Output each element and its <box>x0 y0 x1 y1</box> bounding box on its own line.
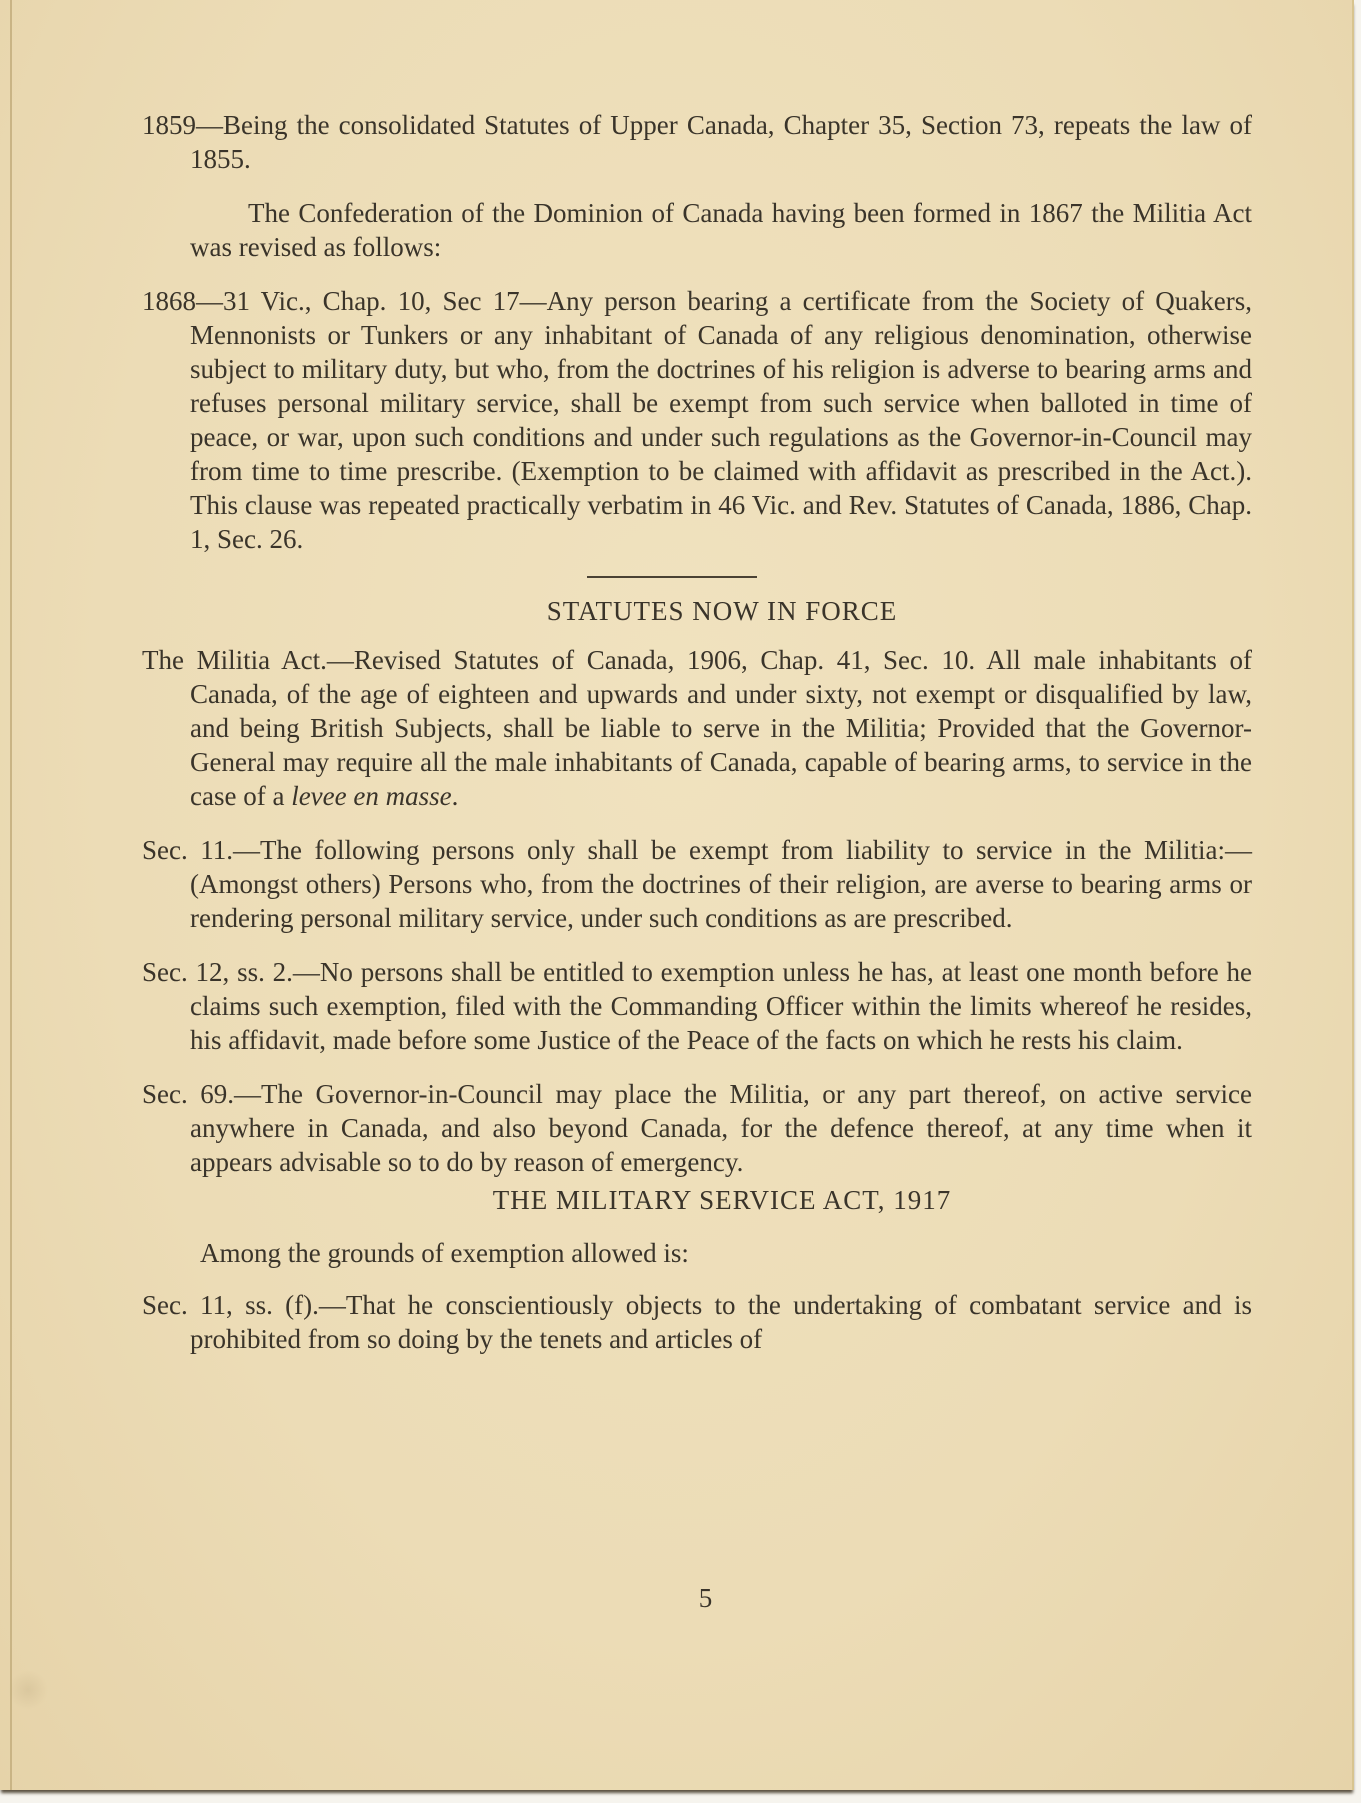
entry-end: . <box>452 781 459 811</box>
entry-label: 1859— <box>142 110 223 140</box>
entry-text: That he conscientiously objects to the u… <box>190 1290 1252 1354</box>
confederation-paragraph: The Confederation of the Dominion of Can… <box>142 196 1252 264</box>
entry-label: Sec. 12, ss. 2.— <box>142 957 320 987</box>
entry-1859: 1859—Being the consolidated Statutes of … <box>142 108 1252 176</box>
entry-1868: 1868—31 Vic., Chap. 10, Sec 17—Any perso… <box>142 284 1252 556</box>
heading-military-service-act: THE MILITARY SERVICE ACT, 1917 <box>142 1185 1252 1216</box>
entry-label: 1868— <box>142 286 223 316</box>
entry-text: The Governor-in-Council may place the Mi… <box>190 1079 1252 1177</box>
page-spine-edge <box>10 0 12 1790</box>
entry-text: The following persons only shall be exem… <box>190 835 1252 933</box>
entry-sec-69: Sec. 69.—The Governor-in-Council may pla… <box>142 1077 1252 1179</box>
entry-label: Sec. 69.— <box>142 1079 261 1109</box>
entry-sec-11: Sec. 11.—The following persons only shal… <box>142 833 1252 935</box>
entry-sec-11-ss-f: Sec. 11, ss. (f).—That he conscientiousl… <box>142 1288 1252 1356</box>
page-body: 1859—Being the consolidated Statutes of … <box>142 108 1252 1376</box>
entry-label: The Militia Act.— <box>142 645 354 675</box>
entry-text: No persons shall be entitled to exemptio… <box>190 957 1252 1055</box>
document-page: 1859—Being the consolidated Statutes of … <box>0 0 1354 1790</box>
entry-label: Sec. 11, ss. (f).— <box>142 1290 346 1320</box>
section-divider <box>587 576 757 578</box>
entry-text: 31 Vic., Chap. 10, Sec 17—Any person bea… <box>190 286 1252 554</box>
entry-label: Sec. 11.— <box>142 835 260 865</box>
entry-italic-phrase: levee en masse <box>291 781 451 811</box>
exemption-intro: Among the grounds of exemption allowed i… <box>200 1236 1252 1270</box>
page-number: 5 <box>0 1583 1361 1614</box>
entry-sec-12: Sec. 12, ss. 2.—No persons shall be enti… <box>142 955 1252 1057</box>
entry-text: Being the consolidated Statutes of Upper… <box>190 110 1252 174</box>
heading-statutes-now-in-force: STATUTES NOW IN FORCE <box>142 596 1252 627</box>
paper-crease <box>8 1670 48 1710</box>
entry-militia-act: The Militia Act.—Revised Statutes of Can… <box>142 643 1252 813</box>
